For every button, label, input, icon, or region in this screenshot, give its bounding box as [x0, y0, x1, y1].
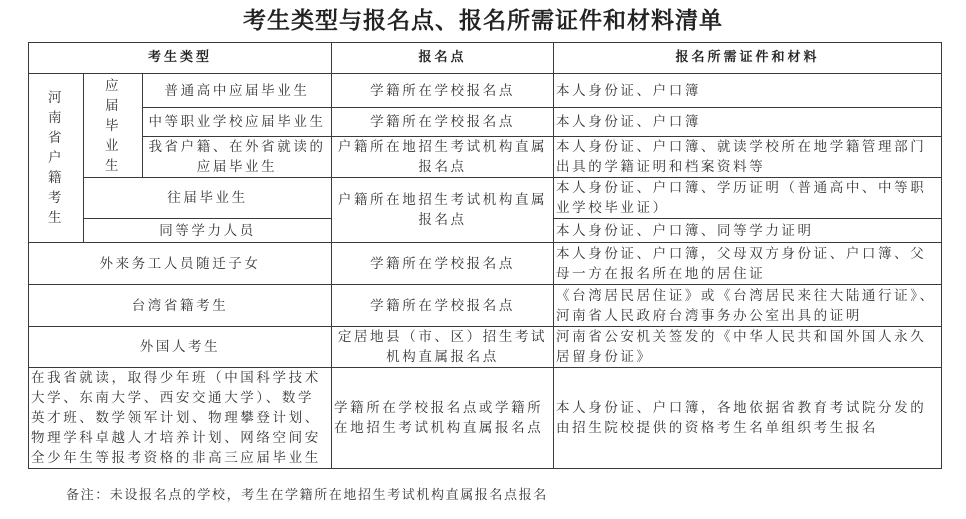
- materials-cell: 本人身份证、户口簿，各地依据省教育考试院分发的由招生院校提供的资格考生名单组织考…: [554, 368, 942, 469]
- materials-cell: 河南省公安机关签发的《中华人民共和国外国人永久居留身份证》: [554, 327, 942, 368]
- site-cell: 学籍所在学校报名点: [332, 285, 554, 327]
- site-cell: 定居地县（市、区）招生考试机构直属报名点: [332, 327, 554, 368]
- materials-cell: 本人身份证、户口簿，父母双方身份证、户口簿、父母一方在报名所在地的居住证: [554, 243, 942, 285]
- requirements-table: 考生类型 报名点 报名所需证件和材料 河 南 省 户 籍 考 生 应 届 毕 业…: [28, 42, 942, 469]
- type-cell: 在我省就读，取得少年班（中国科学技术大学、东南大学、西安交通大学）、数学英才班、…: [29, 368, 332, 469]
- site-cell: 学籍所在学校报名点: [332, 74, 554, 108]
- table-row: 中等职业学校应届毕业生 学籍所在学校报名点 本人身份证、户口簿: [29, 108, 942, 137]
- page-title: 考生类型与报名点、报名所需证件和材料清单: [0, 6, 966, 36]
- materials-cell: 本人身份证、户口簿、同等学力证明: [554, 219, 942, 243]
- table-row: 台湾省籍考生 学籍所在学校报名点 《台湾居民居住证》或《台湾居民来往大陆通行证》…: [29, 285, 942, 327]
- fresh-graduate-group-label: 应 届 毕 业 生: [84, 74, 143, 178]
- henan-household-group-label: 河 南 省 户 籍 考 生: [29, 74, 84, 243]
- header-materials: 报名所需证件和材料: [554, 43, 942, 74]
- materials-cell: 本人身份证、户口簿: [554, 74, 942, 108]
- site-cell: 学籍所在学校报名点或学籍所在地招生考试机构直属报名点: [332, 368, 554, 469]
- site-cell: 户籍所在地招生考试机构直属报名点: [332, 137, 554, 178]
- header-site: 报名点: [332, 43, 554, 74]
- header-type: 考生类型: [29, 43, 332, 74]
- table-header-row: 考生类型 报名点 报名所需证件和材料: [29, 43, 942, 74]
- table-row: 往届毕业生 户籍所在地招生考试机构直属报名点 本人身份证、户口簿、学历证明（普通…: [29, 178, 942, 219]
- type-cell: 外来务工人员随迁子女: [29, 243, 332, 285]
- table-row: 我省户籍、在外省就读的应届毕业生 户籍所在地招生考试机构直属报名点 本人身份证、…: [29, 137, 942, 178]
- table-row: 外国人考生 定居地县（市、区）招生考试机构直属报名点 河南省公安机关签发的《中华…: [29, 327, 942, 368]
- materials-cell: 本人身份证、户口簿、就读学校所在地学籍管理部门出具的学籍证明和档案资料等: [554, 137, 942, 178]
- type-cell: 外国人考生: [29, 327, 332, 368]
- type-cell: 中等职业学校应届毕业生: [143, 108, 332, 137]
- type-cell: 台湾省籍考生: [29, 285, 332, 327]
- footnote: 备注：未设报名点的学校，考生在学籍所在地招生考试机构直属报名点报名: [66, 484, 548, 503]
- type-cell: 我省户籍、在外省就读的应届毕业生: [143, 137, 332, 178]
- table-row: 外来务工人员随迁子女 学籍所在学校报名点 本人身份证、户口簿，父母双方身份证、户…: [29, 243, 942, 285]
- site-cell: 学籍所在学校报名点: [332, 108, 554, 137]
- table-row: 在我省就读，取得少年班（中国科学技术大学、东南大学、西安交通大学）、数学英才班、…: [29, 368, 942, 469]
- materials-cell: 《台湾居民居住证》或《台湾居民来往大陆通行证》、河南省人民政府台湾事务办公室出具…: [554, 285, 942, 327]
- site-cell: 户籍所在地招生考试机构直属报名点: [332, 178, 554, 243]
- type-cell: 往届毕业生: [84, 178, 332, 219]
- type-cell: 同等学力人员: [84, 219, 332, 243]
- materials-cell: 本人身份证、户口簿: [554, 108, 942, 137]
- site-cell: 学籍所在学校报名点: [332, 243, 554, 285]
- type-cell: 普通高中应届毕业生: [143, 74, 332, 108]
- materials-cell: 本人身份证、户口簿、学历证明（普通高中、中等职业学校毕业证）: [554, 178, 942, 219]
- table-row: 河 南 省 户 籍 考 生 应 届 毕 业 生 普通高中应届毕业生 学籍所在学校…: [29, 74, 942, 108]
